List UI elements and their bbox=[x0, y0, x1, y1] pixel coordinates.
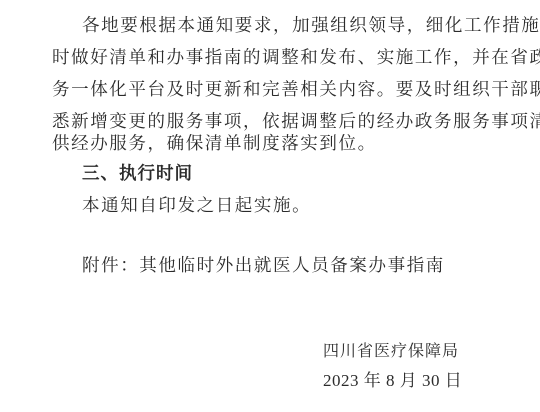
issue-date: 2023 年 8 月 30 日 bbox=[323, 371, 462, 391]
section-body: 本通知自印发之日起实施。 bbox=[82, 196, 311, 216]
attachment-note: 附件：其他临时外出就医人员备案办事指南 bbox=[82, 256, 445, 276]
section-heading: 三、执行时间 bbox=[82, 164, 193, 184]
paragraph-line: 各地要根据本通知要求，加强组织领导，细化工作措施，及 bbox=[82, 16, 540, 36]
paragraph-line: 务一体化平台及时更新和完善相关内容。要及时组织干部职工熟 bbox=[52, 80, 540, 100]
issuer-name: 四川省医疗保障局 bbox=[323, 341, 459, 361]
paragraph-line: 供经办服务，确保清单制度落实到位。 bbox=[52, 134, 377, 154]
paragraph-line: 时做好清单和办事指南的调整和发布、实施工作，并在省政务服 bbox=[52, 48, 540, 68]
paragraph-line: 悉新增变更的服务事项，依据调整后的经办政务服务事项清单提 bbox=[52, 112, 540, 132]
